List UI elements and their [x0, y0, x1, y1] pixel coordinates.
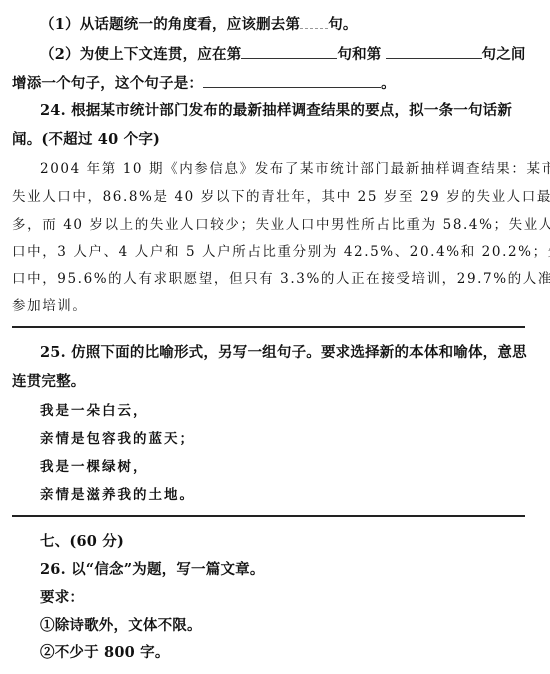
answer-blank-first-sentence[interactable] [241, 44, 337, 59]
q23-part1: （1）从话题统一的角度看，应该删去第句。 [40, 14, 358, 34]
q24-passage-line: 失业人口中，86.8%是 40 岁以下的青壮年，其中 25 岁至 29 岁的失业… [12, 188, 550, 206]
q24-passage-line: 口中，3 人户、4 人户和 5 人户所占比重分别为 42.5%、20.4%和 2… [12, 243, 550, 261]
q23-part2-line2-suffix: 。 [381, 75, 396, 92]
q23-part2-line2: 增添一个句子，这个句子是：。 [12, 73, 396, 93]
requirements-label: 要求： [40, 589, 84, 607]
q23-part2-suffix: 句之间 [482, 46, 526, 63]
q24-passage-line: 多，而 40 岁以上的失业人口较少；失业人口中男性所占比重为 58.4%；失业人 [12, 216, 550, 234]
q25-prompt-line1: 25. 仿照下面的比喻形式，另写一组句子。要求选择新的本体和喻体，意思 [40, 344, 527, 362]
q24-passage-line: 口中，95.6%的人有求职愿望，但只有 3.3%的人正在接受培训，29.7%的人… [12, 270, 550, 288]
q25-example-line: 我是一棵绿树， [40, 458, 149, 476]
q25-prompt-line2: 连贯完整。 [12, 373, 86, 391]
requirement-item: ②不少于 800 字。 [40, 644, 170, 662]
answer-blank-second-sentence[interactable] [386, 44, 482, 59]
q24-prompt-line1: 24. 根据某市统计部门发布的最新抽样调查结果的要点，拟一条一句话新 [40, 102, 512, 120]
q23-part2-middle: 句和第 [337, 46, 381, 63]
section-heading: 七、(60 分) [40, 533, 124, 551]
divider-rule [12, 326, 525, 328]
q23-part2-line2-prefix: 增添一个句子，这个句子是： [12, 75, 203, 92]
q25-example-line: 我是一朵白云， [40, 402, 149, 420]
q23-part2-prefix: （2）为使上下文连贯，应在第 [40, 46, 241, 63]
q24-prompt-line2: 闻。(不超过 40 个字) [12, 131, 160, 149]
q26-prompt: 26. 以“信念”为题，写一篇文章。 [40, 561, 265, 579]
q23-part1-suffix: 句。 [328, 16, 357, 33]
requirement-item: ①除诗歌外，文体不限。 [40, 617, 202, 635]
q23-part2: （2）为使上下文连贯，应在第句和第句之间 [40, 44, 526, 64]
q24-passage-line: 2004 年第 10 期《内参信息》发布了某市统计部门最新抽样调查结果：某市 [40, 160, 550, 178]
divider-rule [12, 515, 525, 517]
q25-example-line: 亲情是包容我的蓝天； [40, 430, 195, 448]
answer-blank-sentence-number[interactable] [300, 14, 328, 29]
q24-passage-line: 参加培训。 [12, 297, 88, 315]
q23-part1-prefix: （1）从话题统一的角度看，应该删去第 [40, 16, 300, 33]
answer-blank-added-sentence[interactable] [203, 73, 381, 88]
q25-example-line: 亲情是滋养我的土地。 [40, 486, 195, 504]
